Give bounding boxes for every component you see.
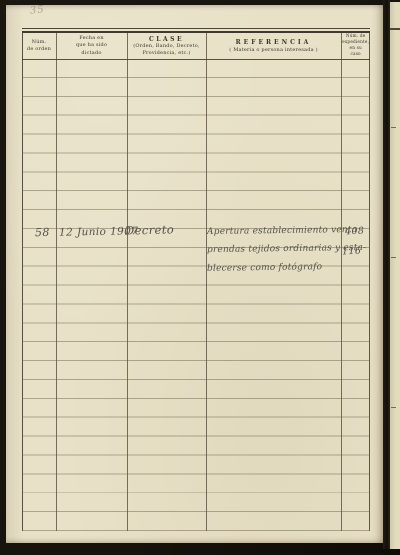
next-page-mark (391, 407, 396, 408)
header-fecha: Fecha en que ha sido dictado (56, 33, 127, 59)
header-expediente-line1: Núm. de (346, 34, 366, 40)
entry-referencia-line1: Apertura establecimiento venta (207, 225, 357, 237)
scanned-document: 35 Núm. de orden Fecha en que ha sido di… (0, 0, 400, 555)
next-page-edge (390, 2, 400, 549)
header-clase: CLASE (Orden, Bando, Decreto, Providenci… (127, 33, 206, 59)
header-expediente-line2: expediente, (342, 40, 369, 46)
header-num-orden: Núm. de orden (22, 33, 56, 59)
next-page-mark (391, 257, 396, 258)
header-num-orden-line2: de orden (27, 46, 51, 53)
header-referencia-title: REFERENCIA (236, 39, 312, 47)
header-fecha-line1: Fecha en (79, 35, 104, 42)
header-expediente: Núm. de expediente, en su caso (341, 33, 370, 59)
header-referencia-sub1: ( Materia o persona interesada ) (229, 47, 318, 54)
page-fold-gutter (383, 0, 390, 549)
pencil-annotation: 35 (29, 4, 45, 16)
entry-expediente-2: 116 (342, 246, 362, 258)
header-fecha-line2: que ha sido (76, 42, 107, 49)
ledger-table: Núm. de orden Fecha en que ha sido dicta… (22, 28, 370, 531)
ledger-page: 35 Núm. de orden Fecha en que ha sido di… (6, 5, 383, 543)
entry-referencia-line3: blecerse como fotógrafo (207, 262, 322, 274)
header-num-orden-line1: Núm. (32, 39, 47, 46)
header-fecha-line3: dictado (81, 50, 101, 57)
next-page-mark (391, 127, 396, 128)
entry-expediente-1: 408 (345, 226, 365, 238)
header-clase-sub2: Providencia, etc.) (142, 50, 190, 57)
entry-num-orden: 58 (35, 226, 50, 240)
header-referencia: REFERENCIA ( Materia o persona interesad… (206, 33, 341, 59)
header-expediente-line3: en su (349, 46, 361, 52)
entry-clase: Decreto (125, 222, 174, 237)
next-page-top-rule (390, 28, 400, 30)
table-top-rule-thin (22, 28, 370, 29)
header-expediente-line4: caso (350, 52, 360, 58)
table-body: 58 12 Junio 1907 Decreto Apertura establ… (22, 59, 370, 531)
